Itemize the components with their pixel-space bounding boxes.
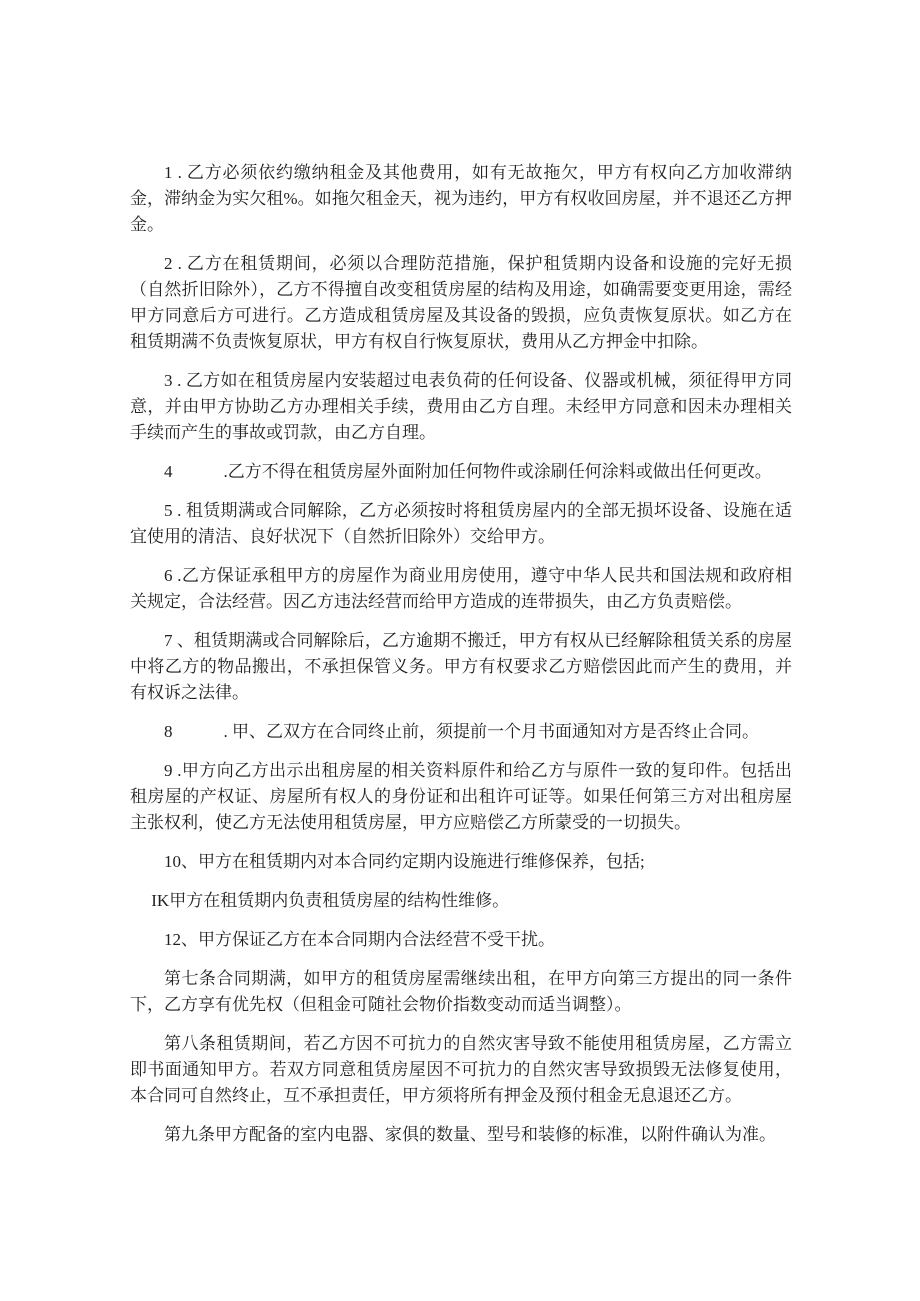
contract-paragraph: 3 . 乙方如在租赁房屋内安装超过电表负荷的任何设备、仪器或机械，须征得甲方同意… (130, 368, 792, 446)
contract-paragraph: 第七条合同期满，如甲方的租赁房屋需继续出租，在甲方向第三方提出的同一条件下，乙方… (130, 966, 792, 1018)
contract-paragraph: 1 . 乙方必须依约缴纳租金及其他费用，如有无故拖欠，甲方有权向乙方加收滞纳金，… (130, 160, 792, 238)
contract-paragraph: 2 . 乙方在租赁期间，必须以合理防范措施，保护租赁期内设备和设施的完好无损（自… (130, 251, 792, 355)
contract-paragraph: 12、甲方保证乙方在本合同期内合法经营不受干扰。 (130, 927, 792, 953)
contract-paragraph: 7 、租赁期满或合同解除后，乙方逾期不搬迁，甲方有权从已经解除租赁关系的房屋中将… (130, 628, 792, 706)
contract-paragraph: 5 . 租赁期满或合同解除，乙方必须按时将租赁房屋内的全部无损坏设备、设施在适宜… (130, 498, 792, 550)
contract-paragraph: 10、甲方在租赁期内对本合同约定期内设施进行维修保养，包括; (130, 849, 792, 875)
contract-paragraph: 第八条租赁期间，若乙方因不可抗力的自然灾害导致不能使用租赁房屋，乙方需立即书面通… (130, 1031, 792, 1109)
contract-paragraph: 6 .乙方保证承租甲方的房屋作为商业用房使用，遵守中华人民共和国法规和政府相关规… (130, 563, 792, 615)
contract-paragraph: IK甲方在租赁期内负责租赁房屋的结构性维修。 (130, 888, 792, 914)
contract-clauses: 1 . 乙方必须依约缴纳租金及其他费用，如有无故拖欠，甲方有权向乙方加收滞纳金，… (130, 160, 792, 1148)
contract-paragraph: 9 .甲方向乙方出示出租房屋的相关资料原件和给乙方与原件一致的复印件。包括出租房… (130, 758, 792, 836)
contract-paragraph: 8 . 甲、乙双方在合同终止前，须提前一个月书面通知对方是否终止合同。 (130, 719, 792, 745)
contract-paragraph: 第九条甲方配备的室内电器、家俱的数量、型号和装修的标准，以附件确认为准。 (130, 1122, 792, 1148)
contract-paragraph: 4 .乙方不得在租赁房屋外面附加任何物件或涂刷任何涂料或做出任何更改。 (130, 459, 792, 485)
document-page: 1 . 乙方必须依约缴纳租金及其他费用，如有无故拖欠，甲方有权向乙方加收滞纳金，… (0, 0, 920, 1301)
